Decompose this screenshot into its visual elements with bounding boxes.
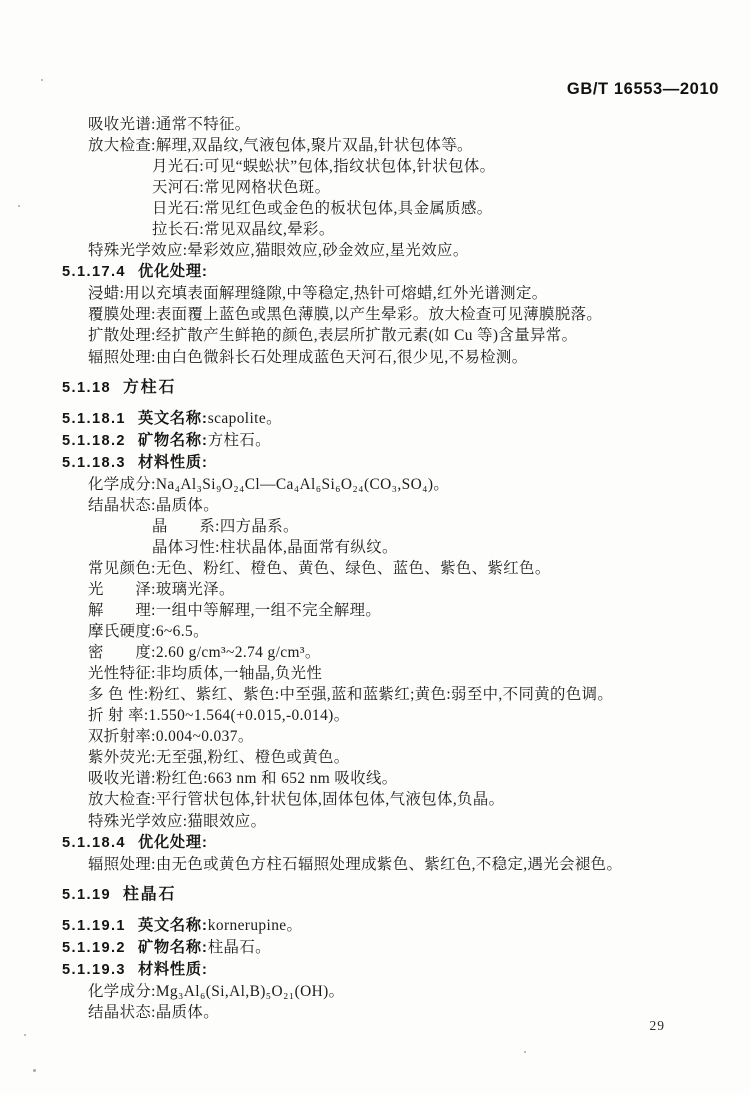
line-text: 密 度:2.60 g/cm³~2.74 g/cm³。 bbox=[88, 644, 321, 661]
clause-number: 5.1.19.2 bbox=[62, 940, 126, 956]
clause-number: 5.1.17.4 bbox=[62, 264, 126, 280]
text-line: 浸蜡:用以充填表面解理缝隙,中等稳定,热针可熔蜡,红外光谱测定。 bbox=[88, 283, 728, 304]
scan-speck bbox=[41, 79, 43, 81]
clause-title: 材料性质: bbox=[138, 961, 208, 978]
text-line: 放大检查:解理,双晶纹,气液包体,聚片双晶,针状包体等。 bbox=[88, 135, 728, 156]
text-line: 多 色 性:粉红、紫红、紫色:中至强,蓝和蓝紫红;黄色:弱至中,不同黄的色调。 bbox=[88, 684, 728, 705]
text-line: 双折射率:0.004~0.037。 bbox=[88, 726, 728, 747]
line-text: 光性特征:非均质体,一轴晶,负光性 bbox=[88, 665, 322, 682]
line-text: 放大检查:平行管状包体,针状包体,固体包体,气液包体,负晶。 bbox=[88, 791, 504, 808]
text-line: 结晶状态:晶质体。 bbox=[88, 1002, 728, 1023]
text-line: 覆膜处理:表面覆上蓝色或黑色薄膜,以产生晕彩。放大检查可见薄膜脱落。 bbox=[88, 304, 728, 325]
text-line: 月光石:可见“蜈蚣状”包体,指纹状包体,针状包体。 bbox=[152, 156, 728, 177]
line-text: 常见颜色:无色、粉红、橙色、黄色、绿色、蓝色、紫色、紫红色。 bbox=[88, 560, 551, 577]
line-text: 吸收光谱:通常不特征。 bbox=[88, 116, 251, 133]
text-line: 晶体习性:柱状晶体,晶面常有纵纹。 bbox=[152, 537, 728, 558]
line-text: 晶 系:四方晶系。 bbox=[152, 518, 299, 535]
line-text: 吸收光谱:粉红色:663 nm 和 652 nm 吸收线。 bbox=[88, 770, 398, 787]
line-text: 柱晶石。 bbox=[208, 939, 271, 956]
clause-number: 5.1.19.1 bbox=[62, 918, 126, 934]
line-text: 方柱石。 bbox=[208, 432, 271, 449]
line-text: 辐照处理:由无色或黄色方柱石辐照处理成紫色、紫红色,不稳定,遇光会褪色。 bbox=[88, 856, 622, 873]
line-text: 结晶状态:晶质体。 bbox=[88, 497, 219, 514]
scan-speck bbox=[455, 146, 457, 148]
line-text: 折 射 率:1.550~1.564(+0.015,-0.014)。 bbox=[88, 707, 349, 724]
line-text: 扩散处理:经扩散产生鲜艳的颜色,表层所扩散元素(如 Cu 等)含量异常。 bbox=[88, 327, 577, 344]
line-text: 月光石:可见“蜈蚣状”包体,指纹状包体,针状包体。 bbox=[152, 158, 495, 175]
text-line: 拉长石:常见双晶纹,晕彩。 bbox=[152, 219, 728, 240]
line-text: 覆膜处理:表面覆上蓝色或黑色薄膜,以产生晕彩。放大检查可见薄膜脱落。 bbox=[88, 306, 602, 323]
line-text: 浸蜡:用以充填表面解理缝隙,中等稳定,热针可熔蜡,红外光谱测定。 bbox=[88, 285, 548, 302]
text-line: 化学成分:Mg₃Al₆(Si,Al,B)₅O₂₁(OH)。 bbox=[88, 981, 728, 1002]
clause-number: 5.1.18.4 bbox=[62, 835, 126, 851]
text-line: 紫外荧光:无至强,粉红、橙色或黄色。 bbox=[88, 747, 728, 768]
text-line: 5.1.19.2矿物名称:柱晶石。 bbox=[62, 937, 728, 959]
text-line: 解 理:一组中等解理,一组不完全解理。 bbox=[88, 600, 728, 621]
line-text: scapolite。 bbox=[208, 410, 282, 427]
clause-title: 优化处理: bbox=[138, 263, 208, 280]
clause-title: 矿物名称: bbox=[138, 432, 208, 449]
line-text: 日光石:常见红色或金色的板状包体,具金属质感。 bbox=[152, 200, 493, 217]
line-text: 结晶状态:晶质体。 bbox=[88, 1004, 219, 1021]
section-title: 方柱石 bbox=[123, 379, 176, 396]
scan-speck bbox=[33, 1069, 36, 1072]
clause-title: 优化处理: bbox=[138, 834, 208, 851]
line-text: 化学成分:Mg₃Al₆(Si,Al,B)₅O₂₁(OH)。 bbox=[88, 983, 344, 1000]
scanned-document-page: GB/T 16553—2010 吸收光谱:通常不特征。放大检查:解理,双晶纹,气… bbox=[0, 0, 750, 1095]
scan-speck bbox=[524, 1051, 526, 1053]
clause-number: 5.1.18.1 bbox=[62, 411, 126, 427]
line-text: 紫外荧光:无至强,粉红、橙色或黄色。 bbox=[88, 749, 350, 766]
text-line: 常见颜色:无色、粉红、橙色、黄色、绿色、蓝色、紫色、紫红色。 bbox=[88, 558, 728, 579]
clause-number: 5.1.18.3 bbox=[62, 455, 126, 471]
text-line: 5.1.18.1英文名称:scapolite。 bbox=[62, 408, 728, 430]
scan-speck bbox=[24, 1034, 26, 1036]
clause-number: 5.1.18 bbox=[62, 380, 111, 396]
line-text: 双折射率:0.004~0.037。 bbox=[88, 728, 254, 745]
clause-title: 材料性质: bbox=[138, 454, 208, 471]
line-text: 光 泽:玻璃光泽。 bbox=[88, 581, 235, 598]
scan-speck bbox=[18, 205, 20, 207]
line-text: 特殊光学效应:晕彩效应,猫眼效应,砂金效应,星光效应。 bbox=[88, 242, 469, 259]
clause-title: 英文名称: bbox=[138, 917, 208, 934]
line-text: 辐照处理:由白色微斜长石处理成蓝色天河石,很少见,不易检测。 bbox=[88, 349, 528, 366]
text-line: 密 度:2.60 g/cm³~2.74 g/cm³。 bbox=[88, 642, 728, 663]
text-line: 特殊光学效应:猫眼效应。 bbox=[88, 811, 728, 832]
line-text: kornerupine。 bbox=[208, 917, 303, 934]
text-line: 日光石:常见红色或金色的板状包体,具金属质感。 bbox=[152, 198, 728, 219]
line-text: 特殊光学效应:猫眼效应。 bbox=[88, 813, 266, 830]
page-number: 29 bbox=[650, 1018, 666, 1034]
text-line: 5.1.18.2矿物名称:方柱石。 bbox=[62, 430, 728, 452]
text-line: 吸收光谱:通常不特征。 bbox=[88, 114, 728, 135]
text-line: 特殊光学效应:晕彩效应,猫眼效应,砂金效应,星光效应。 bbox=[88, 240, 728, 261]
line-text: 晶体习性:柱状晶体,晶面常有纵纹。 bbox=[152, 539, 398, 556]
text-line: 5.1.18.3材料性质: bbox=[62, 452, 728, 474]
text-line: 辐照处理:由白色微斜长石处理成蓝色天河石,很少见,不易检测。 bbox=[88, 347, 728, 368]
line-text: 化学成分:Na₄Al₃Si₉O₂₄Cl—Ca₄Al₆Si₆O₂₄(CO₃,SO₄… bbox=[88, 476, 449, 493]
text-line: 扩散处理:经扩散产生鲜艳的颜色,表层所扩散元素(如 Cu 等)含量异常。 bbox=[88, 325, 728, 346]
text-line: 吸收光谱:粉红色:663 nm 和 652 nm 吸收线。 bbox=[88, 768, 728, 789]
text-line: 5.1.17.4优化处理: bbox=[62, 261, 728, 283]
line-text: 放大检查:解理,双晶纹,气液包体,聚片双晶,针状包体等。 bbox=[88, 137, 473, 154]
section-heading-line: 5.1.18方柱石 bbox=[62, 377, 728, 399]
clause-title: 矿物名称: bbox=[138, 939, 208, 956]
text-line: 折 射 率:1.550~1.564(+0.015,-0.014)。 bbox=[88, 705, 728, 726]
document-body: 吸收光谱:通常不特征。放大检查:解理,双晶纹,气液包体,聚片双晶,针状包体等。月… bbox=[88, 114, 728, 1023]
standard-number-header: GB/T 16553—2010 bbox=[567, 80, 719, 99]
text-line: 5.1.19.3材料性质: bbox=[62, 959, 728, 981]
text-line: 光 泽:玻璃光泽。 bbox=[88, 579, 728, 600]
line-text: 天河石:常见网格状色斑。 bbox=[152, 179, 330, 196]
clause-title: 英文名称: bbox=[138, 410, 208, 427]
text-line: 摩氏硬度:6~6.5。 bbox=[88, 621, 728, 642]
text-line: 辐照处理:由无色或黄色方柱石辐照处理成紫色、紫红色,不稳定,遇光会褪色。 bbox=[88, 854, 728, 875]
text-line: 5.1.18.4优化处理: bbox=[62, 832, 728, 854]
text-line: 晶 系:四方晶系。 bbox=[152, 516, 728, 537]
line-text: 摩氏硬度:6~6.5。 bbox=[88, 623, 209, 640]
text-line: 化学成分:Na₄Al₃Si₉O₂₄Cl—Ca₄Al₆Si₆O₂₄(CO₃,SO₄… bbox=[88, 474, 728, 495]
text-line: 结晶状态:晶质体。 bbox=[88, 495, 728, 516]
text-line: 天河石:常见网格状色斑。 bbox=[152, 177, 728, 198]
clause-number: 5.1.19.3 bbox=[62, 962, 126, 978]
section-heading-line: 5.1.19柱晶石 bbox=[62, 884, 728, 906]
section-title: 柱晶石 bbox=[123, 886, 176, 903]
clause-number: 5.1.18.2 bbox=[62, 433, 126, 449]
text-line: 放大检查:平行管状包体,针状包体,固体包体,气液包体,负晶。 bbox=[88, 789, 728, 810]
text-line: 5.1.19.1英文名称:kornerupine。 bbox=[62, 915, 728, 937]
line-text: 解 理:一组中等解理,一组不完全解理。 bbox=[88, 602, 381, 619]
line-text: 拉长石:常见双晶纹,晕彩。 bbox=[152, 221, 335, 238]
line-text: 多 色 性:粉红、紫红、紫色:中至强,蓝和蓝紫红;黄色:弱至中,不同黄的色调。 bbox=[88, 686, 613, 703]
clause-number: 5.1.19 bbox=[62, 887, 111, 903]
text-line: 光性特征:非均质体,一轴晶,负光性 bbox=[88, 663, 728, 684]
